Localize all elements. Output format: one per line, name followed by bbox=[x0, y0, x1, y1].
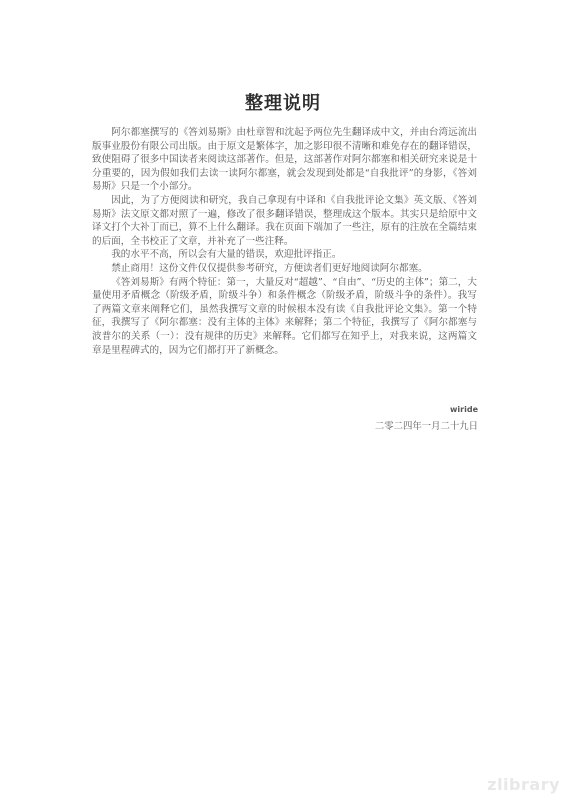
body-text: 阿尔都塞撰写的《答刘易斯》由杜章智和沈起予两位先生翻译成中文，并由台湾远流出版事… bbox=[92, 126, 477, 357]
paragraph: 《答刘易斯》有两个特征：第一，大量反对“超越”、“自由”、“历史的主体”；第二，… bbox=[92, 276, 477, 358]
document-page: 整理说明 阿尔都塞撰写的《答刘易斯》由杜章智和沈起予两位先生翻译成中文，并由台湾… bbox=[0, 0, 566, 800]
page-title: 整理说明 bbox=[0, 89, 566, 115]
paragraph: 禁止商用！这份文件仅仅提供参考研究，方便读者们更好地阅读阿尔都塞。 bbox=[92, 262, 477, 276]
watermark-logo: zlibrary bbox=[487, 775, 560, 794]
date: 二零二四年一月二十九日 bbox=[375, 418, 478, 432]
paragraph: 因此，为了方便阅读和研究，我自己拿现有中译和《自我批评论文集》英文版、《答刘易斯… bbox=[92, 194, 477, 248]
signature: wiride bbox=[450, 405, 478, 414]
paragraph: 阿尔都塞撰写的《答刘易斯》由杜章智和沈起予两位先生翻译成中文，并由台湾远流出版事… bbox=[92, 126, 477, 194]
paragraph: 我的水平不高，所以会有大量的错误，欢迎批评指正。 bbox=[92, 248, 477, 262]
